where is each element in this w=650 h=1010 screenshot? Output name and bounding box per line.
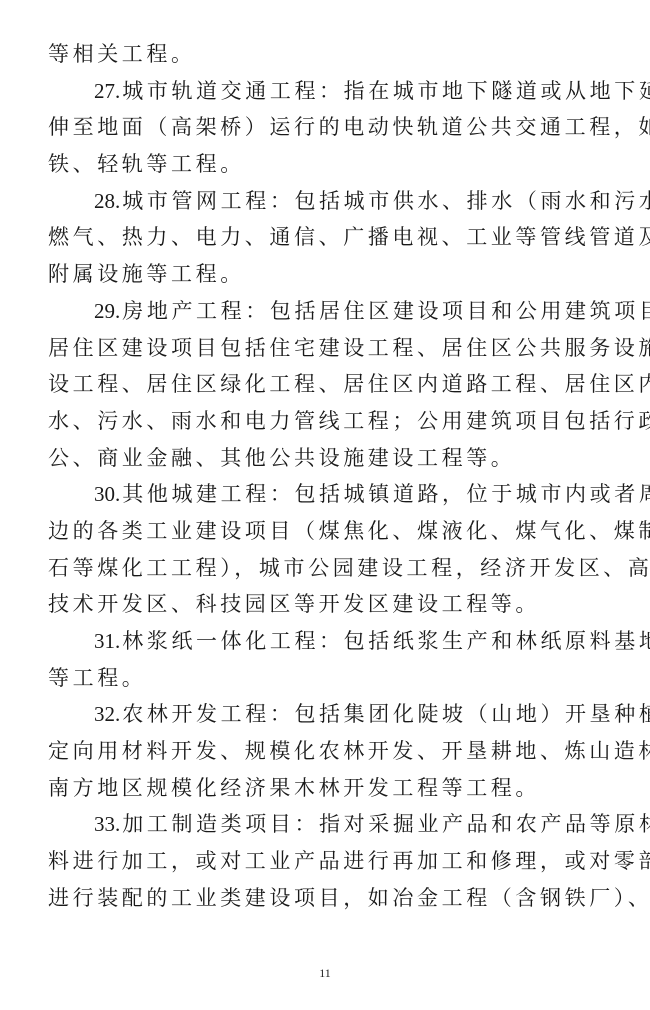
text-line: 边的各类工业建设项目（煤焦化、煤液化、煤气化、煤制电 — [48, 513, 600, 550]
text-line: 铁、轻轨等工程。 — [48, 146, 600, 183]
line-text: 房地产工程：包括居住区建设项目和公用建筑项目， — [122, 299, 650, 323]
item-number: 27. — [94, 79, 120, 103]
line-text: 城市轨道交通工程：指在城市地下隧道或从地下延 — [122, 79, 650, 103]
item-27-heading-line: 27.城市轨道交通工程：指在城市地下隧道或从地下延 — [48, 73, 600, 110]
item-number: 32. — [94, 702, 120, 726]
item-33-heading-line: 33.加工制造类项目：指对采掘业产品和农产品等原材 — [48, 806, 600, 843]
text-line: 石等煤化工工程），城市公园建设工程，经济开发区、高新 — [48, 550, 600, 587]
line-text: 农林开发工程：包括集团化陡坡（山地）开垦种植、 — [122, 702, 650, 726]
text-line: 居住区建设项目包括住宅建设工程、居住区公共服务设施建 — [48, 330, 600, 367]
item-number: 33. — [94, 812, 120, 836]
line-text: 城市管网工程：包括城市供水、排水（雨水和污水）、 — [122, 189, 650, 213]
text-line: 料进行加工，或对工业产品进行再加工和修理，或对零部件 — [48, 843, 600, 880]
text-line: 南方地区规模化经济果木林开发工程等工程。 — [48, 770, 600, 807]
item-30-heading-line: 30.其他城建工程：包括城镇道路，位于城市内或者周 — [48, 476, 600, 513]
line-text: 加工制造类项目：指对采掘业产品和农产品等原材 — [122, 812, 650, 836]
text-line: 定向用材料开发、规模化农林开发、开垦耕地、炼山造林、 — [48, 733, 600, 770]
line-text: 其他城建工程：包括城镇道路，位于城市内或者周 — [122, 482, 650, 506]
text-line: 伸至地面（高架桥）运行的电动快轨道公共交通工程，如地 — [48, 109, 600, 146]
text-line: 水、污水、雨水和电力管线工程；公用建筑项目包括行政办 — [48, 403, 600, 440]
item-28-heading-line: 28.城市管网工程：包括城市供水、排水（雨水和污水）、 — [48, 183, 600, 220]
text-line: 燃气、热力、电力、通信、广播电视、工业等管线管道及其 — [48, 219, 600, 256]
line-text: 林浆纸一体化工程：包括纸浆生产和林纸原料基地 — [122, 629, 650, 653]
text-line: 公、商业金融、其他公共设施建设工程等。 — [48, 440, 600, 477]
item-32-heading-line: 32.农林开发工程：包括集团化陡坡（山地）开垦种植、 — [48, 696, 600, 733]
item-number: 31. — [94, 629, 120, 653]
text-line: 技术开发区、科技园区等开发区建设工程等。 — [48, 586, 600, 623]
item-29-heading-line: 29.房地产工程：包括居住区建设项目和公用建筑项目， — [48, 293, 600, 330]
text-line: 附属设施等工程。 — [48, 256, 600, 293]
item-number: 30. — [94, 482, 120, 506]
item-number: 28. — [94, 189, 120, 213]
item-number: 29. — [94, 299, 120, 323]
text-line: 等相关工程。 — [48, 36, 600, 73]
text-line: 设工程、居住区绿化工程、居住区内道路工程、居住区内给 — [48, 366, 600, 403]
document-page-body: 等相关工程。 27.城市轨道交通工程：指在城市地下隧道或从地下延 伸至地面（高架… — [48, 36, 600, 917]
text-line: 进行装配的工业类建设项目，如冶金工程（含钢铁厂）、机 — [48, 880, 600, 917]
page-number: 11 — [0, 966, 650, 981]
text-line: 等工程。 — [48, 660, 600, 697]
item-31-heading-line: 31.林浆纸一体化工程：包括纸浆生产和林纸原料基地 — [48, 623, 600, 660]
